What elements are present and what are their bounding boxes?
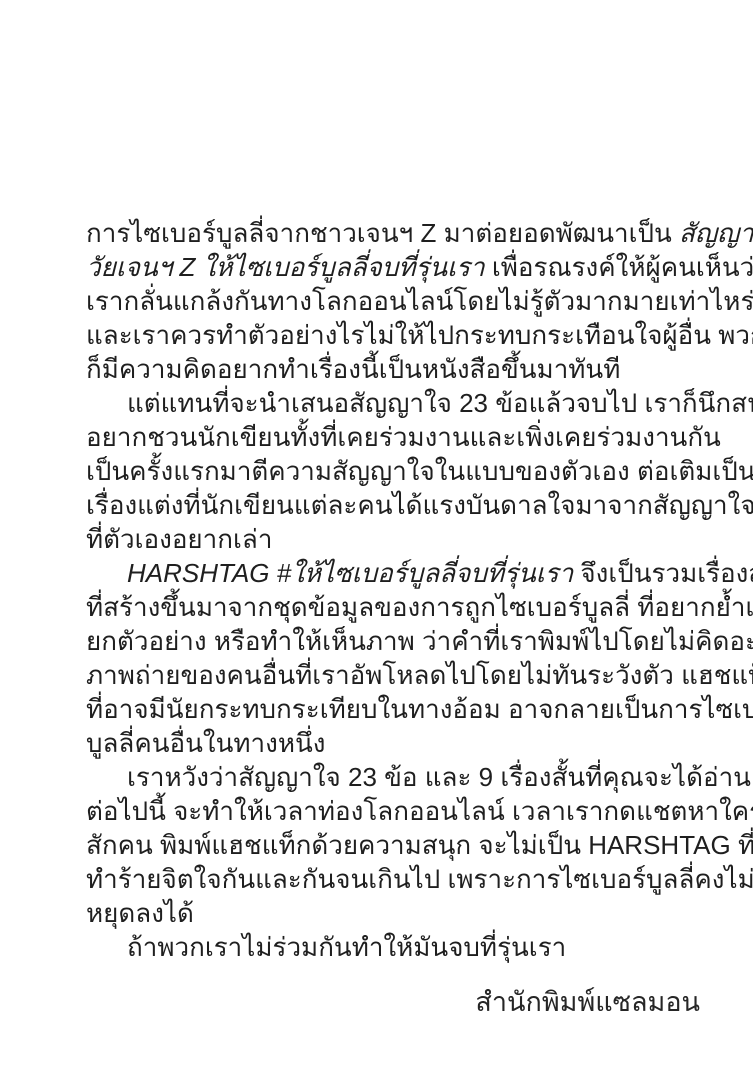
text-segment: ยกตัวอย่าง หรือทำให้เห็นภาพ ว่าคำที่เราพ… bbox=[86, 626, 753, 656]
text-segment: ที่อาจมีนัยกระทบกระเทียบในทางอ้อม อาจกลา… bbox=[86, 694, 753, 724]
text-line: เราหวังว่าสัญญาใจ 23 ข้อ และ 9 เรื่องสั้… bbox=[86, 760, 665, 794]
publisher-signature: สำนักพิมพ์แซลมอน bbox=[475, 984, 700, 1020]
text-segment: และเราควรทำตัวอย่างไรไม่ให้ไปกระทบกระเทื… bbox=[86, 320, 753, 350]
text-segment: เป็นครั้งแรกมาตีความสัญญาใจในแบบของตัวเอ… bbox=[86, 456, 753, 486]
preface-text: การไซเบอร์บูลลี่จากชาวเจนฯ Z มาต่อยอดพัฒ… bbox=[86, 216, 665, 964]
book-page: การไซเบอร์บูลลี่จากชาวเจนฯ Z มาต่อยอดพัฒ… bbox=[0, 0, 753, 1087]
text-segment: ทำร้ายจิตใจกันและกันจนเกินไป เพราะการไซเ… bbox=[86, 864, 753, 894]
text-line: อยากชวนนักเขียนทั้งที่เคยร่วมงานและเพิ่ง… bbox=[86, 420, 665, 454]
italic-text-segment: สัญญาใจ bbox=[679, 218, 753, 248]
text-segment: แต่แทนที่จะนำเสนอสัญญาใจ 23 ข้อแล้วจบไป … bbox=[127, 388, 753, 418]
text-segment: ที่สร้างขึ้นมาจากชุดข้อมูลของการถูกไซเบอ… bbox=[86, 592, 753, 622]
text-segment: บูลลี่คนอื่นในทางหนึ่ง bbox=[86, 728, 325, 758]
text-line: เรื่องแต่งที่นักเขียนแต่ละคนได้แรงบันดาล… bbox=[86, 488, 665, 522]
text-line: HARSHTAG #ให้ไซเบอร์บูลลี่จบที่รุ่นเรา จ… bbox=[86, 556, 665, 590]
text-line: สักคน พิมพ์แฮชแท็กด้วยความสนุก จะไม่เป็น… bbox=[86, 828, 665, 862]
text-segment: ก็มีความคิดอยากทำเรื่องนี้เป็นหนังสือขึ้… bbox=[86, 354, 620, 384]
text-line: ก็มีความคิดอยากทำเรื่องนี้เป็นหนังสือขึ้… bbox=[86, 352, 665, 386]
text-segment: เราหวังว่าสัญญาใจ 23 ข้อ และ 9 เรื่องสั้… bbox=[127, 762, 751, 792]
text-segment: ภาพถ่ายของคนอื่นที่เราอัพโหลดไปโดยไม่ทัน… bbox=[86, 660, 753, 690]
text-segment: เรากลั่นแกล้งกันทางโลกออนไลน์โดยไม่รู้ตั… bbox=[86, 286, 753, 316]
text-line: เป็นครั้งแรกมาตีความสัญญาใจในแบบของตัวเอ… bbox=[86, 454, 665, 488]
text-line: การไซเบอร์บูลลี่จากชาวเจนฯ Z มาต่อยอดพัฒ… bbox=[86, 216, 665, 250]
text-segment: เรื่องแต่งที่นักเขียนแต่ละคนได้แรงบันดาล… bbox=[86, 490, 753, 520]
text-line: ที่อาจมีนัยกระทบกระเทียบในทางอ้อม อาจกลา… bbox=[86, 692, 665, 726]
italic-text-segment: วัยเจนฯ Z ให้ไซเบอร์บูลลี่จบที่รุ่นเรา bbox=[86, 252, 485, 282]
text-segment: สักคน พิมพ์แฮชแท็กด้วยความสนุก จะไม่เป็น… bbox=[86, 830, 753, 860]
text-segment: การไซเบอร์บูลลี่จากชาวเจนฯ Z มาต่อยอดพัฒ… bbox=[86, 218, 679, 248]
text-line: ที่สร้างขึ้นมาจากชุดข้อมูลของการถูกไซเบอ… bbox=[86, 590, 665, 624]
text-line: ต่อไปนี้ จะทำให้เวลาท่องโลกออนไลน์ เวลาเ… bbox=[86, 794, 665, 828]
text-segment: เพื่อรณรงค์ให้ผู้คนเห็นว่า bbox=[485, 252, 753, 282]
text-segment: หยุดลงได้ bbox=[86, 898, 194, 928]
text-line: ภาพถ่ายของคนอื่นที่เราอัพโหลดไปโดยไม่ทัน… bbox=[86, 658, 665, 692]
text-segment: ถ้าพวกเราไม่ร่วมกันทำให้มันจบที่รุ่นเรา bbox=[127, 932, 566, 962]
text-line: หยุดลงได้ bbox=[86, 896, 665, 930]
text-line: ยกตัวอย่าง หรือทำให้เห็นภาพ ว่าคำที่เราพ… bbox=[86, 624, 665, 658]
text-segment: อยากชวนนักเขียนทั้งที่เคยร่วมงานและเพิ่ง… bbox=[86, 422, 721, 452]
text-line: แต่แทนที่จะนำเสนอสัญญาใจ 23 ข้อแล้วจบไป … bbox=[86, 386, 665, 420]
text-segment: ต่อไปนี้ จะทำให้เวลาท่องโลกออนไลน์ เวลาเ… bbox=[86, 796, 753, 826]
text-segment: ที่ตัวเองอยากเล่า bbox=[86, 524, 272, 554]
text-line: วัยเจนฯ Z ให้ไซเบอร์บูลลี่จบที่รุ่นเรา เ… bbox=[86, 250, 665, 284]
italic-text-segment: HARSHTAG #ให้ไซเบอร์บูลลี่จบที่รุ่นเรา bbox=[127, 558, 573, 588]
text-segment: จึงเป็นรวมเรื่องสั้น bbox=[573, 558, 753, 588]
text-line: ทำร้ายจิตใจกันและกันจนเกินไป เพราะการไซเ… bbox=[86, 862, 665, 896]
text-line: บูลลี่คนอื่นในทางหนึ่ง bbox=[86, 726, 665, 760]
text-line: เรากลั่นแกล้งกันทางโลกออนไลน์โดยไม่รู้ตั… bbox=[86, 284, 665, 318]
text-line: ถ้าพวกเราไม่ร่วมกันทำให้มันจบที่รุ่นเรา bbox=[86, 930, 665, 964]
text-line: ที่ตัวเองอยากเล่า bbox=[86, 522, 665, 556]
text-line: และเราควรทำตัวอย่างไรไม่ให้ไปกระทบกระเทื… bbox=[86, 318, 665, 352]
